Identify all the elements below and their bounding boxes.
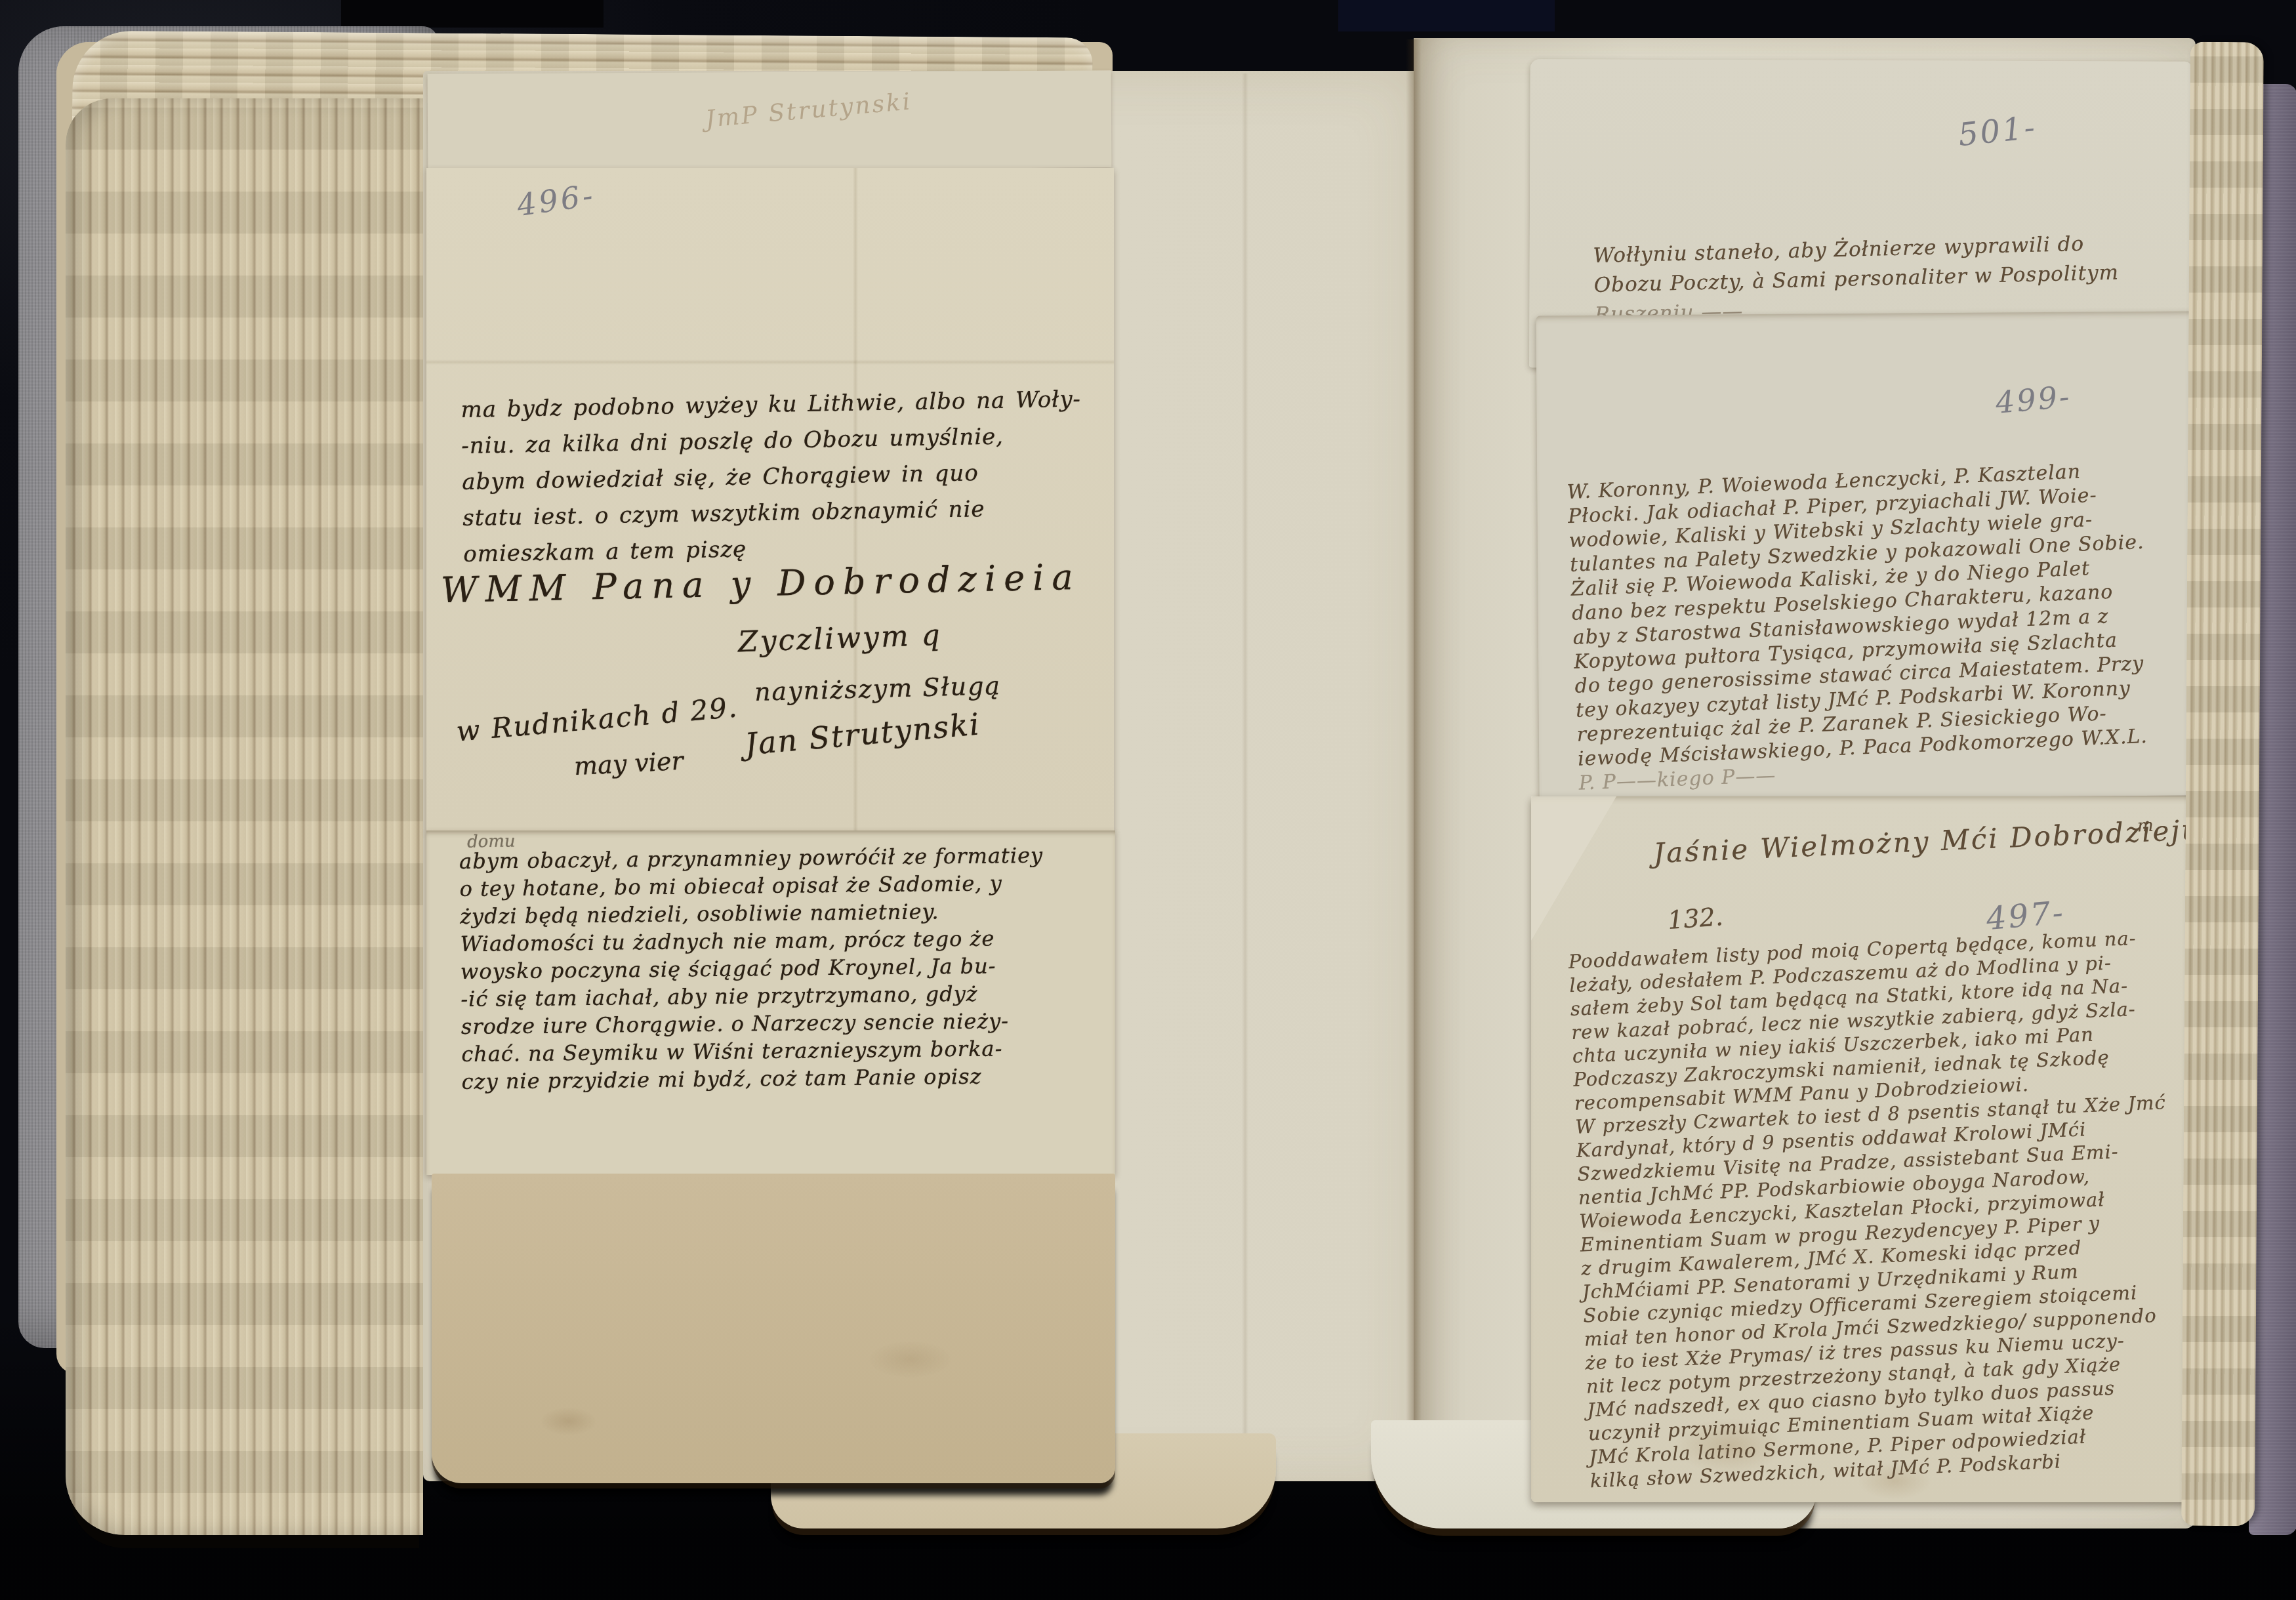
- background-shadow-patch: [1338, 0, 1555, 31]
- letter-body-upper: ma bydz podobno wyżey ku Lithwie, albo n…: [461, 381, 1107, 573]
- letter-dateline-date: may vier: [573, 747, 684, 781]
- sejm-report-lines: W. Koronny, P. Woiewoda Łenczycki, P. Ka…: [1567, 455, 2202, 796]
- background-shadow-patch: [341, 0, 604, 28]
- document-number: 132.: [1667, 902, 1724, 935]
- archival-book-photo: JmP Strutynski 496- ma bydz podobno wyże…: [0, 0, 2296, 1600]
- gutter-shadow: [1406, 39, 1422, 1522]
- pencil-folio-number-499: 499-: [1994, 379, 2073, 421]
- salutation-superscript: m: [2137, 816, 2154, 836]
- page-stack-right-edge: [2181, 42, 2264, 1527]
- backing-sheet-tan: [432, 1174, 1115, 1483]
- letter-body-right: Pooddawałem listy pod moią Copertą będąc…: [1568, 924, 2220, 1492]
- page-stack-left-edge: [66, 98, 423, 1535]
- letter-body-lower: abym obaczył, a przynamniey powróćił ze …: [459, 841, 1111, 1096]
- fold-crease: [1242, 73, 1248, 1477]
- letter-closing-line: Zyczliwym q: [737, 619, 942, 659]
